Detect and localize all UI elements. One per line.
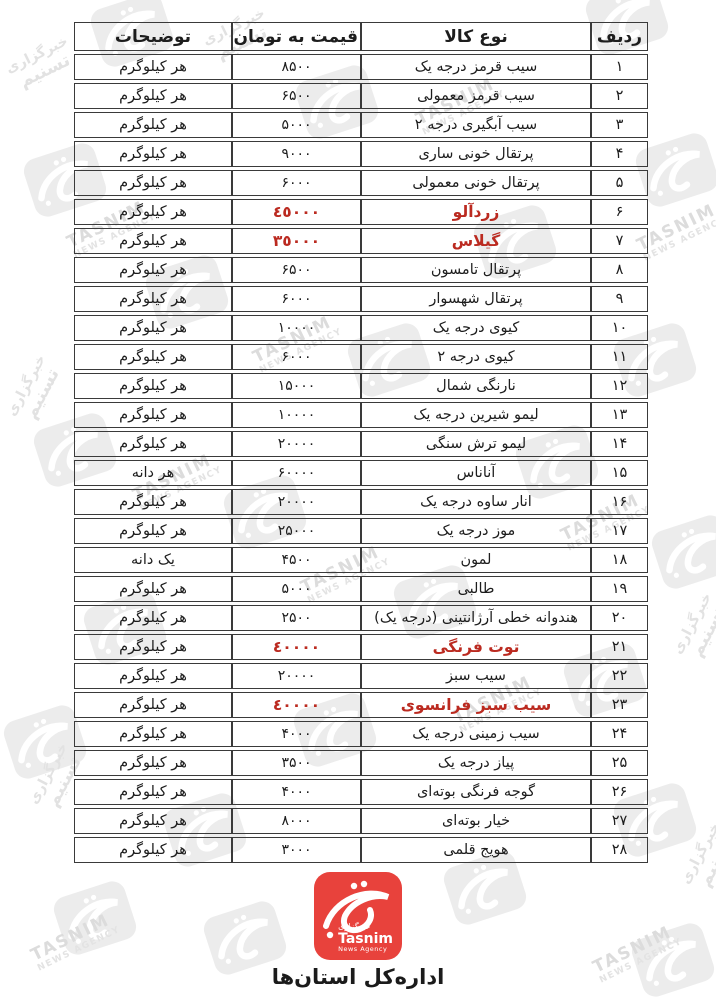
notes-cell: هر کیلوگرم	[74, 779, 232, 805]
notes-cell: هر کیلوگرم	[74, 228, 232, 254]
row-number-cell: ۲۰	[591, 605, 648, 631]
price-cell: ۱۰۰۰۰	[232, 402, 361, 428]
row-number-cell: ۳	[591, 112, 648, 138]
notes-cell: هر کیلوگرم	[74, 663, 232, 689]
notes-cell: هر کیلوگرم	[74, 54, 232, 80]
row-number-cell: ۸	[591, 257, 648, 283]
row-number-cell: ۱۶	[591, 489, 648, 515]
price-table: ردیف نوع کالا قیمت به تومان توضیحات ۱ سی…	[74, 19, 648, 866]
row-number-cell: ۱۵	[591, 460, 648, 486]
price-cell: ٣٥٠٠٠	[232, 228, 361, 254]
notes-cell: هر کیلوگرم	[74, 170, 232, 196]
row-number-cell: ۱۳	[591, 402, 648, 428]
table-row: ۹ پرتقال شهسوار ۶۰۰۰ هر کیلوگرم	[74, 286, 648, 312]
table-row: ۶ زردآلو ٤٥٠٠٠ هر کیلوگرم	[74, 199, 648, 225]
product-cell: پیاز درجه یک	[361, 750, 591, 776]
row-number-cell: ۲۴	[591, 721, 648, 747]
table-row: ۲۶ گوجه فرنگی بوته‌ای ۴۰۰۰ هر کیلوگرم	[74, 779, 648, 805]
table-row: ۳ سیب آبگیری درجه ۲ ۵۰۰۰ هر کیلوگرم	[74, 112, 648, 138]
table-row: ۵ پرتقال خونی معمولی ۶۰۰۰ هر کیلوگرم	[74, 170, 648, 196]
column-header-price: قیمت به تومان	[232, 22, 361, 51]
row-number-cell: ۲۵	[591, 750, 648, 776]
header-row: ردیف نوع کالا قیمت به تومان توضیحات	[74, 22, 648, 51]
price-cell: ۲۰۰۰۰	[232, 431, 361, 457]
table-row: ۲۴ سیب زمینی درجه یک ۴۰۰۰ هر کیلوگرم	[74, 721, 648, 747]
product-cell: لیمو ترش سنگی	[361, 431, 591, 457]
notes-cell: هر کیلوگرم	[74, 112, 232, 138]
price-cell: ۵۰۰۰	[232, 112, 361, 138]
price-cell: ٤٠٠٠٠	[232, 634, 361, 660]
row-number-cell: ۱۹	[591, 576, 648, 602]
table-row: ۱۴ لیمو ترش سنگی ۲۰۰۰۰ هر کیلوگرم	[74, 431, 648, 457]
price-cell: ۹۰۰۰	[232, 141, 361, 167]
table-row: ۱۶ انار ساوه درجه یک ۲۰۰۰۰ هر کیلوگرم	[74, 489, 648, 515]
price-cell: ۶۰۰۰۰	[232, 460, 361, 486]
row-number-cell: ۵	[591, 170, 648, 196]
table-row: ۲۷ خیار بوته‌ای ۸۰۰۰ هر کیلوگرم	[74, 808, 648, 834]
notes-cell: هر کیلوگرم	[74, 837, 232, 863]
notes-cell: هر کیلوگرم	[74, 518, 232, 544]
column-header-row-number: ردیف	[591, 22, 648, 51]
product-cell: گیلاس	[361, 228, 591, 254]
row-number-cell: ۹	[591, 286, 648, 312]
price-cell: ۵۰۰۰	[232, 576, 361, 602]
notes-cell: هر کیلوگرم	[74, 286, 232, 312]
notes-cell: هر دانه	[74, 460, 232, 486]
product-cell: انار ساوه درجه یک	[361, 489, 591, 515]
notes-cell: هر کیلوگرم	[74, 315, 232, 341]
notes-cell: هر کیلوگرم	[74, 489, 232, 515]
table-row: ۱۹ طالبی ۵۰۰۰ هر کیلوگرم	[74, 576, 648, 602]
product-cell: گوجه فرنگی بوته‌ای	[361, 779, 591, 805]
notes-cell: هر کیلوگرم	[74, 402, 232, 428]
price-cell: ۸۵۰۰	[232, 54, 361, 80]
price-cell: ۸۰۰۰	[232, 808, 361, 834]
logo-wordmark: خبرگزاری Tasnim News Agency	[338, 923, 393, 953]
row-number-cell: ۷	[591, 228, 648, 254]
notes-cell: هر کیلوگرم	[74, 808, 232, 834]
table-row: ۲ سیب قرمز معمولی ۶۵۰۰ هر کیلوگرم	[74, 83, 648, 109]
table-row: ۱۰ کیوی درجه یک ۱۰۰۰۰ هر کیلوگرم	[74, 315, 648, 341]
notes-cell: هر کیلوگرم	[74, 721, 232, 747]
column-header-notes: توضیحات	[74, 22, 232, 51]
notes-cell: هر کیلوگرم	[74, 373, 232, 399]
price-cell: ۴۰۰۰	[232, 721, 361, 747]
table-row: ۷ گیلاس ٣٥٠٠٠ هر کیلوگرم	[74, 228, 648, 254]
row-number-cell: ۲۳	[591, 692, 648, 718]
table-row: ۲۸ هویج قلمی ۳۰۰۰ هر کیلوگرم	[74, 837, 648, 863]
product-cell: هندوانه خطی آرژانتینی (درجه یک)	[361, 605, 591, 631]
price-cell: ۶۵۰۰	[232, 257, 361, 283]
table-row: ۱۲ نارنگی شمال ۱۵۰۰۰ هر کیلوگرم	[74, 373, 648, 399]
product-cell: طالبی	[361, 576, 591, 602]
notes-cell: هر کیلوگرم	[74, 344, 232, 370]
row-number-cell: ۶	[591, 199, 648, 225]
table-row: ۲۱ توت فرنگی ٤٠٠٠٠ هر کیلوگرم	[74, 634, 648, 660]
product-cell: آناناس	[361, 460, 591, 486]
table-row: ۱۵ آناناس ۶۰۰۰۰ هر دانه	[74, 460, 648, 486]
product-cell: سیب سبز فرانسوی	[361, 692, 591, 718]
product-cell: نارنگی شمال	[361, 373, 591, 399]
row-number-cell: ۱۰	[591, 315, 648, 341]
table-row: ۲۵ پیاز درجه یک ۳۵۰۰ هر کیلوگرم	[74, 750, 648, 776]
logo-brand-sub: News Agency	[338, 946, 393, 953]
row-number-cell: ۴	[591, 141, 648, 167]
row-number-cell: ۱۲	[591, 373, 648, 399]
table-row: ۱ سیب قرمز درجه یک ۸۵۰۰ هر کیلوگرم	[74, 54, 648, 80]
notes-cell: هر کیلوگرم	[74, 431, 232, 457]
table-row: ۸ پرتقال تامسون ۶۵۰۰ هر کیلوگرم	[74, 257, 648, 283]
price-cell: ۴۰۰۰	[232, 779, 361, 805]
row-number-cell: ۱۱	[591, 344, 648, 370]
product-cell: سیب آبگیری درجه ۲	[361, 112, 591, 138]
product-cell: لمون	[361, 547, 591, 573]
logo-brand-en: Tasnim	[338, 932, 393, 947]
row-number-cell: ۲۸	[591, 837, 648, 863]
row-number-cell: ۱۸	[591, 547, 648, 573]
price-cell: ۲۰۰۰۰	[232, 489, 361, 515]
price-cell: ۴۵۰۰	[232, 547, 361, 573]
product-cell: پرتقال شهسوار	[361, 286, 591, 312]
page: TASNIMNEWS AGENCYTASNIMNEWS AGENCYTASNIM…	[0, 0, 716, 998]
row-number-cell: ۲۷	[591, 808, 648, 834]
notes-cell: هر کیلوگرم	[74, 634, 232, 660]
price-cell: ۶۰۰۰	[232, 286, 361, 312]
footer-label: اداره‌کل استان‌ها	[0, 965, 716, 989]
notes-cell: هر کیلوگرم	[74, 692, 232, 718]
notes-cell: هر کیلوگرم	[74, 83, 232, 109]
row-number-cell: ۲۲	[591, 663, 648, 689]
product-cell: کیوی درجه یک	[361, 315, 591, 341]
notes-cell: هر کیلوگرم	[74, 576, 232, 602]
product-cell: سیب زمینی درجه یک	[361, 721, 591, 747]
price-cell: ۳۰۰۰	[232, 837, 361, 863]
column-header-product: نوع کالا	[361, 22, 591, 51]
row-number-cell: ۱۷	[591, 518, 648, 544]
product-cell: خیار بوته‌ای	[361, 808, 591, 834]
row-number-cell: ۱	[591, 54, 648, 80]
price-cell: ٤٥٠٠٠	[232, 199, 361, 225]
product-cell: پرتقال تامسون	[361, 257, 591, 283]
table-row: ۲۲ سیب سبز ۲۰۰۰۰ هر کیلوگرم	[74, 663, 648, 689]
table-row: ۱۸ لمون ۴۵۰۰ یک دانه	[74, 547, 648, 573]
tasnim-logo: خبرگزاری Tasnim News Agency	[314, 872, 402, 960]
table-row: ۱۷ موز درجه یک ۲۵۰۰۰ هر کیلوگرم	[74, 518, 648, 544]
table-row: ۱۱ کیوی درجه ۲ ۶۰۰۰ هر کیلوگرم	[74, 344, 648, 370]
notes-cell: هر کیلوگرم	[74, 750, 232, 776]
price-cell: ۲۵۰۰	[232, 605, 361, 631]
product-cell: کیوی درجه ۲	[361, 344, 591, 370]
product-cell: زردآلو	[361, 199, 591, 225]
price-cell: ۳۵۰۰	[232, 750, 361, 776]
row-number-cell: ۲	[591, 83, 648, 109]
price-cell: ٤٠٠٠٠	[232, 692, 361, 718]
table-row: ۴ پرتقال خونی ساری ۹۰۰۰ هر کیلوگرم	[74, 141, 648, 167]
price-cell: ۶۵۰۰	[232, 83, 361, 109]
price-cell: ۱۰۰۰۰	[232, 315, 361, 341]
notes-cell: یک دانه	[74, 547, 232, 573]
product-cell: پرتقال خونی معمولی	[361, 170, 591, 196]
row-number-cell: ۲۱	[591, 634, 648, 660]
product-cell: پرتقال خونی ساری	[361, 141, 591, 167]
product-cell: سیب سبز	[361, 663, 591, 689]
table-row: ۲۰ هندوانه خطی آرژانتینی (درجه یک) ۲۵۰۰ …	[74, 605, 648, 631]
notes-cell: هر کیلوگرم	[74, 199, 232, 225]
product-cell: توت فرنگی	[361, 634, 591, 660]
table-row: ۲۳ سیب سبز فرانسوی ٤٠٠٠٠ هر کیلوگرم	[74, 692, 648, 718]
row-number-cell: ۲۶	[591, 779, 648, 805]
product-cell: موز درجه یک	[361, 518, 591, 544]
notes-cell: هر کیلوگرم	[74, 257, 232, 283]
product-cell: هویج قلمی	[361, 837, 591, 863]
table-row: ۱۳ لیمو شیرین درجه یک ۱۰۰۰۰ هر کیلوگرم	[74, 402, 648, 428]
product-cell: سیب قرمز درجه یک	[361, 54, 591, 80]
notes-cell: هر کیلوگرم	[74, 141, 232, 167]
product-cell: سیب قرمز معمولی	[361, 83, 591, 109]
row-number-cell: ۱۴	[591, 431, 648, 457]
footer: خبرگزاری Tasnim News Agency اداره‌کل است…	[0, 872, 716, 989]
price-cell: ۲۵۰۰۰	[232, 518, 361, 544]
price-cell: ۲۰۰۰۰	[232, 663, 361, 689]
price-cell: ۶۰۰۰	[232, 344, 361, 370]
product-cell: لیمو شیرین درجه یک	[361, 402, 591, 428]
notes-cell: هر کیلوگرم	[74, 605, 232, 631]
price-cell: ۶۰۰۰	[232, 170, 361, 196]
price-cell: ۱۵۰۰۰	[232, 373, 361, 399]
